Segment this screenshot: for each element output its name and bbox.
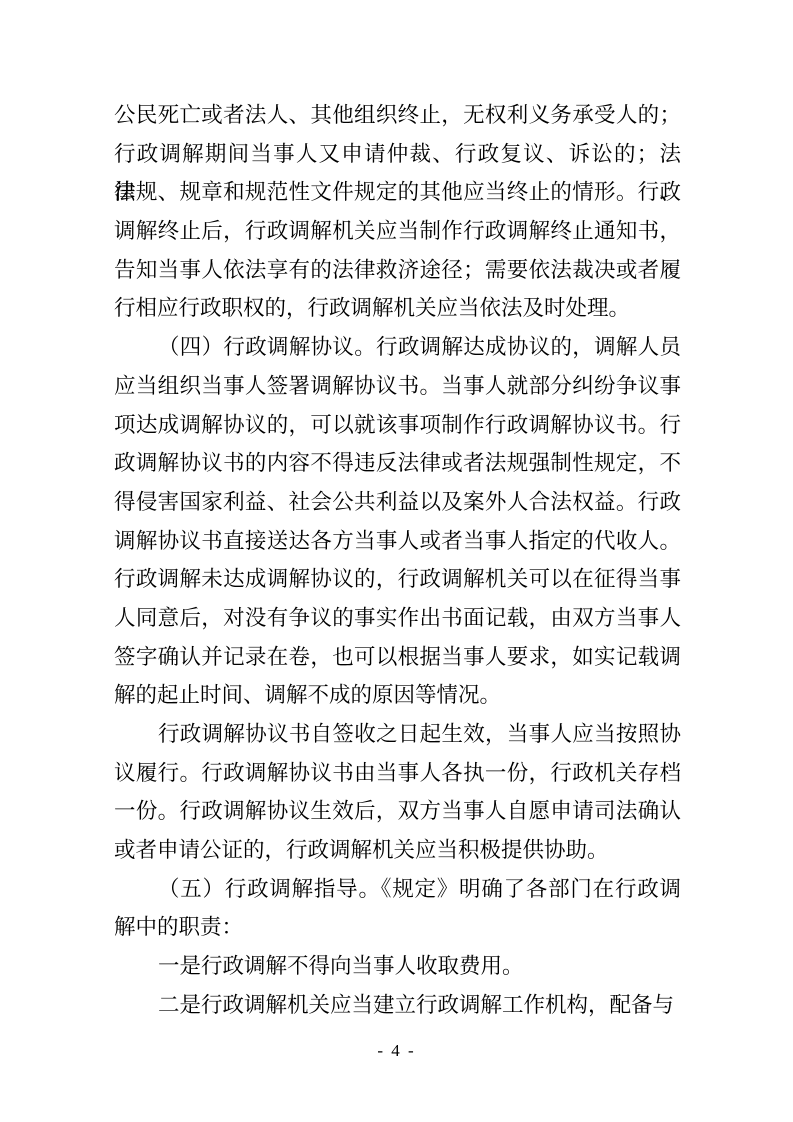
page-number: - 4 - — [377, 1041, 415, 1060]
text-line: 签字确认并记录在卷，也可以根据当事人要求，如实记载调 — [114, 638, 681, 677]
document-body: 公民死亡或者法人、其他组织终止，无权利义务承受人的；行政调解期间当事人又申请仲裁… — [114, 96, 681, 1025]
text-line: （五）行政调解指导。《规定》明确了各部门在行政调 — [114, 870, 681, 909]
text-line: 应当组织当事人签署调解协议书。当事人就部分纠纷争议事 — [114, 367, 681, 406]
text-line: 行相应行政职权的，行政调解机关应当依法及时处理。 — [114, 289, 681, 328]
text-line: 得侵害国家利益、社会公共利益以及案外人合法权益。行政 — [114, 483, 681, 522]
text-line: 二是行政调解机关应当建立行政调解工作机构，配备与 — [114, 986, 681, 1025]
text-line: 一是行政调解不得向当事人收取费用。 — [114, 947, 681, 986]
text-line: 调解协议书直接送达各方当事人或者当事人指定的代收人。 — [114, 522, 681, 561]
text-line: 行政调解期间当事人又申请仲裁、行政复议、诉讼的；法律、 — [114, 135, 681, 174]
text-line: 议履行。行政调解协议书由当事人各执一份，行政机关存档 — [114, 754, 681, 793]
text-line: 解中的职责： — [114, 908, 681, 947]
text-line: （四）行政调解协议。行政调解达成协议的，调解人员 — [114, 328, 681, 367]
text-line: 项达成调解协议的，可以就该事项制作行政调解协议书。行 — [114, 406, 681, 445]
text-line: 法规、规章和规范性文件规定的其他应当终止的情形。行政 — [114, 173, 681, 212]
text-line: 行政调解未达成调解协议的，行政调解机关可以在征得当事 — [114, 560, 681, 599]
text-line: 调解终止后，行政调解机关应当制作行政调解终止通知书， — [114, 212, 681, 251]
text-line: 行政调解协议书自签收之日起生效，当事人应当按照协 — [114, 715, 681, 754]
text-line: 解的起止时间、调解不成的原因等情况。 — [114, 676, 681, 715]
text-line: 一份。行政调解协议生效后，双方当事人自愿申请司法确认 — [114, 792, 681, 831]
page-footer: - 4 - — [0, 1041, 793, 1061]
text-line: 公民死亡或者法人、其他组织终止，无权利义务承受人的； — [114, 96, 681, 135]
text-line: 人同意后，对没有争议的事实作出书面记载，由双方当事人 — [114, 599, 681, 638]
document-page: 公民死亡或者法人、其他组织终止，无权利义务承受人的；行政调解期间当事人又申请仲裁… — [0, 0, 793, 1122]
text-line: 政调解协议书的内容不得违反法律或者法规强制性规定，不 — [114, 444, 681, 483]
text-line: 或者申请公证的，行政调解机关应当积极提供协助。 — [114, 831, 681, 870]
text-line: 告知当事人依法享有的法律救济途径；需要依法裁决或者履 — [114, 251, 681, 290]
